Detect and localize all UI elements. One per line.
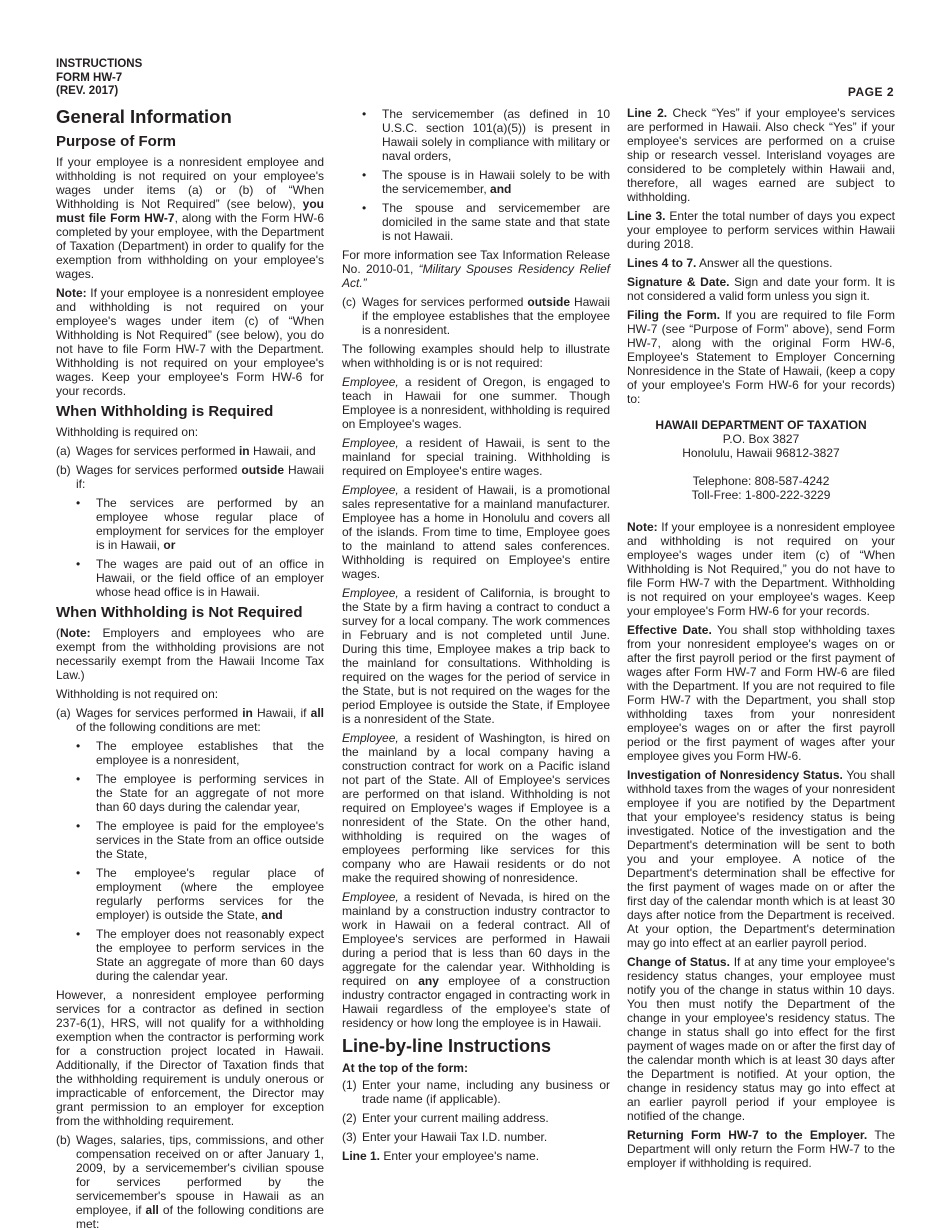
line-3-instruction: Line 3. Enter the total number of days y…	[627, 209, 895, 251]
header-revision: (REV. 2017)	[56, 85, 142, 99]
example-paragraph: Employee, a resident of California, is b…	[342, 586, 610, 726]
list-item: •The spouse is in Hawaii solely to be wi…	[362, 168, 610, 196]
form-header: INSTRUCTIONS FORM HW-7 (REV. 2017)	[56, 58, 142, 99]
list-item: • The services are performed by an emplo…	[76, 496, 324, 552]
bullet-icon: •	[76, 819, 96, 861]
list-item: •The employee is paid for the employee's…	[76, 819, 324, 861]
bullet-icon: •	[362, 168, 382, 196]
purpose-note: Note: If your employee is a nonresident …	[56, 286, 324, 398]
list-item: •The employer does not reasonably expect…	[76, 927, 324, 983]
top-item: (1)Enter your name, including any busine…	[342, 1078, 610, 1106]
list-item: •The employee establishes that the emplo…	[76, 739, 324, 767]
list-item: •The employee is performing services in …	[76, 772, 324, 814]
header-form-id: FORM HW-7	[56, 72, 142, 86]
purpose-paragraph: If your employee is a nonresident employ…	[56, 155, 324, 281]
bullet-icon: •	[76, 739, 96, 767]
signature-instruction: Signature & Date. Sign and date your for…	[627, 275, 895, 303]
more-info-paragraph: For more information see Tax Information…	[342, 248, 610, 290]
page-title: General Information	[56, 106, 324, 128]
section-heading-required: When Withholding is Required	[56, 403, 324, 421]
list-item: •The servicemember (as defined in 10 U.S…	[362, 107, 610, 163]
bullet-icon: •	[76, 772, 96, 814]
not-required-intro: Withholding is not required on:	[56, 687, 324, 701]
page-number: PAGE 2	[848, 85, 894, 99]
required-item-a: (a) Wages for services performed in Hawa…	[56, 444, 324, 458]
bullet-icon: •	[76, 866, 96, 922]
address-org: HAWAII DEPARTMENT OF TAXATION	[627, 418, 895, 432]
list-item: • The wages are paid out of an office in…	[76, 557, 324, 599]
bullet-icon: •	[362, 201, 382, 243]
examples-intro: The following examples should help to il…	[342, 342, 610, 370]
column-middle: •The servicemember (as defined in 10 U.S…	[342, 107, 610, 1168]
investigation-paragraph: Investigation of Nonresidency Status. Yo…	[627, 768, 895, 950]
lines-4-7-instruction: Lines 4 to 7. Answer all the questions.	[627, 256, 895, 270]
returning-form-paragraph: Returning Form HW-7 to the Employer. The…	[627, 1128, 895, 1170]
contractor-exception-paragraph: However, a nonresident employee performi…	[56, 988, 324, 1128]
change-of-status-paragraph: Change of Status. If at any time your em…	[627, 955, 895, 1123]
list-item: •The employee's regular place of employm…	[76, 866, 324, 922]
top-item: (2)Enter your current mailing address.	[342, 1111, 610, 1125]
address-tollfree: Toll-Free: 1-800-222-3229	[627, 488, 895, 502]
not-required-note: (Note: Employers and employees who are e…	[56, 626, 324, 682]
example-paragraph: Employee, a resident of Nevada, is hired…	[342, 890, 610, 1030]
note-paragraph: Note: If your employee is a nonresident …	[627, 520, 895, 618]
line-1-instruction: Line 1. Enter your employee's name.	[342, 1149, 610, 1163]
required-item-b: (b) Wages for services performed outside…	[56, 463, 324, 491]
example-paragraph: Employee, a resident of Oregon, is engag…	[342, 375, 610, 431]
line-2-instruction: Line 2. Check “Yes” if your employee's s…	[627, 106, 895, 204]
column-left: General Information Purpose of Form If y…	[56, 106, 324, 1230]
bullet-icon: •	[76, 557, 96, 599]
section-heading-purpose: Purpose of Form	[56, 133, 324, 151]
example-paragraph: Employee, a resident of Hawaii, is sent …	[342, 436, 610, 478]
bullet-icon: •	[362, 107, 382, 163]
mailing-address: HAWAII DEPARTMENT OF TAXATION P.O. Box 3…	[627, 418, 895, 502]
example-paragraph: Employee, a resident of Hawaii, is a pro…	[342, 483, 610, 581]
effective-date-paragraph: Effective Date. You shall stop withholdi…	[627, 623, 895, 763]
bullet-icon: •	[76, 927, 96, 983]
required-intro: Withholding is required on:	[56, 425, 324, 439]
column-right: Line 2. Check “Yes” if your employee's s…	[627, 106, 895, 1175]
header-instructions: INSTRUCTIONS	[56, 58, 142, 72]
filing-instruction: Filing the Form. If you are required to …	[627, 308, 895, 406]
list-item: •The spouse and servicemember are domici…	[362, 201, 610, 243]
address-city: Honolulu, Hawaii 96812-3827	[627, 446, 895, 460]
address-phone: Telephone: 808-587-4242	[627, 474, 895, 488]
section-heading-not-required: When Withholding is Not Required	[56, 604, 324, 622]
section-heading-line-by-line: Line-by-line Instructions	[342, 1035, 610, 1057]
not-required-item-c: (c) Wages for services performed outside…	[342, 295, 610, 337]
not-required-item-b: (b) Wages, salaries, tips, commissions, …	[56, 1133, 324, 1230]
bullet-icon: •	[76, 496, 96, 552]
subheading-top-of-form: At the top of the form:	[342, 1061, 610, 1075]
top-item: (3)Enter your Hawaii Tax I.D. number.	[342, 1130, 610, 1144]
not-required-item-a: (a) Wages for services performed in Hawa…	[56, 706, 324, 734]
address-box: P.O. Box 3827	[627, 432, 895, 446]
example-paragraph: Employee, a resident of Washington, is h…	[342, 731, 610, 885]
